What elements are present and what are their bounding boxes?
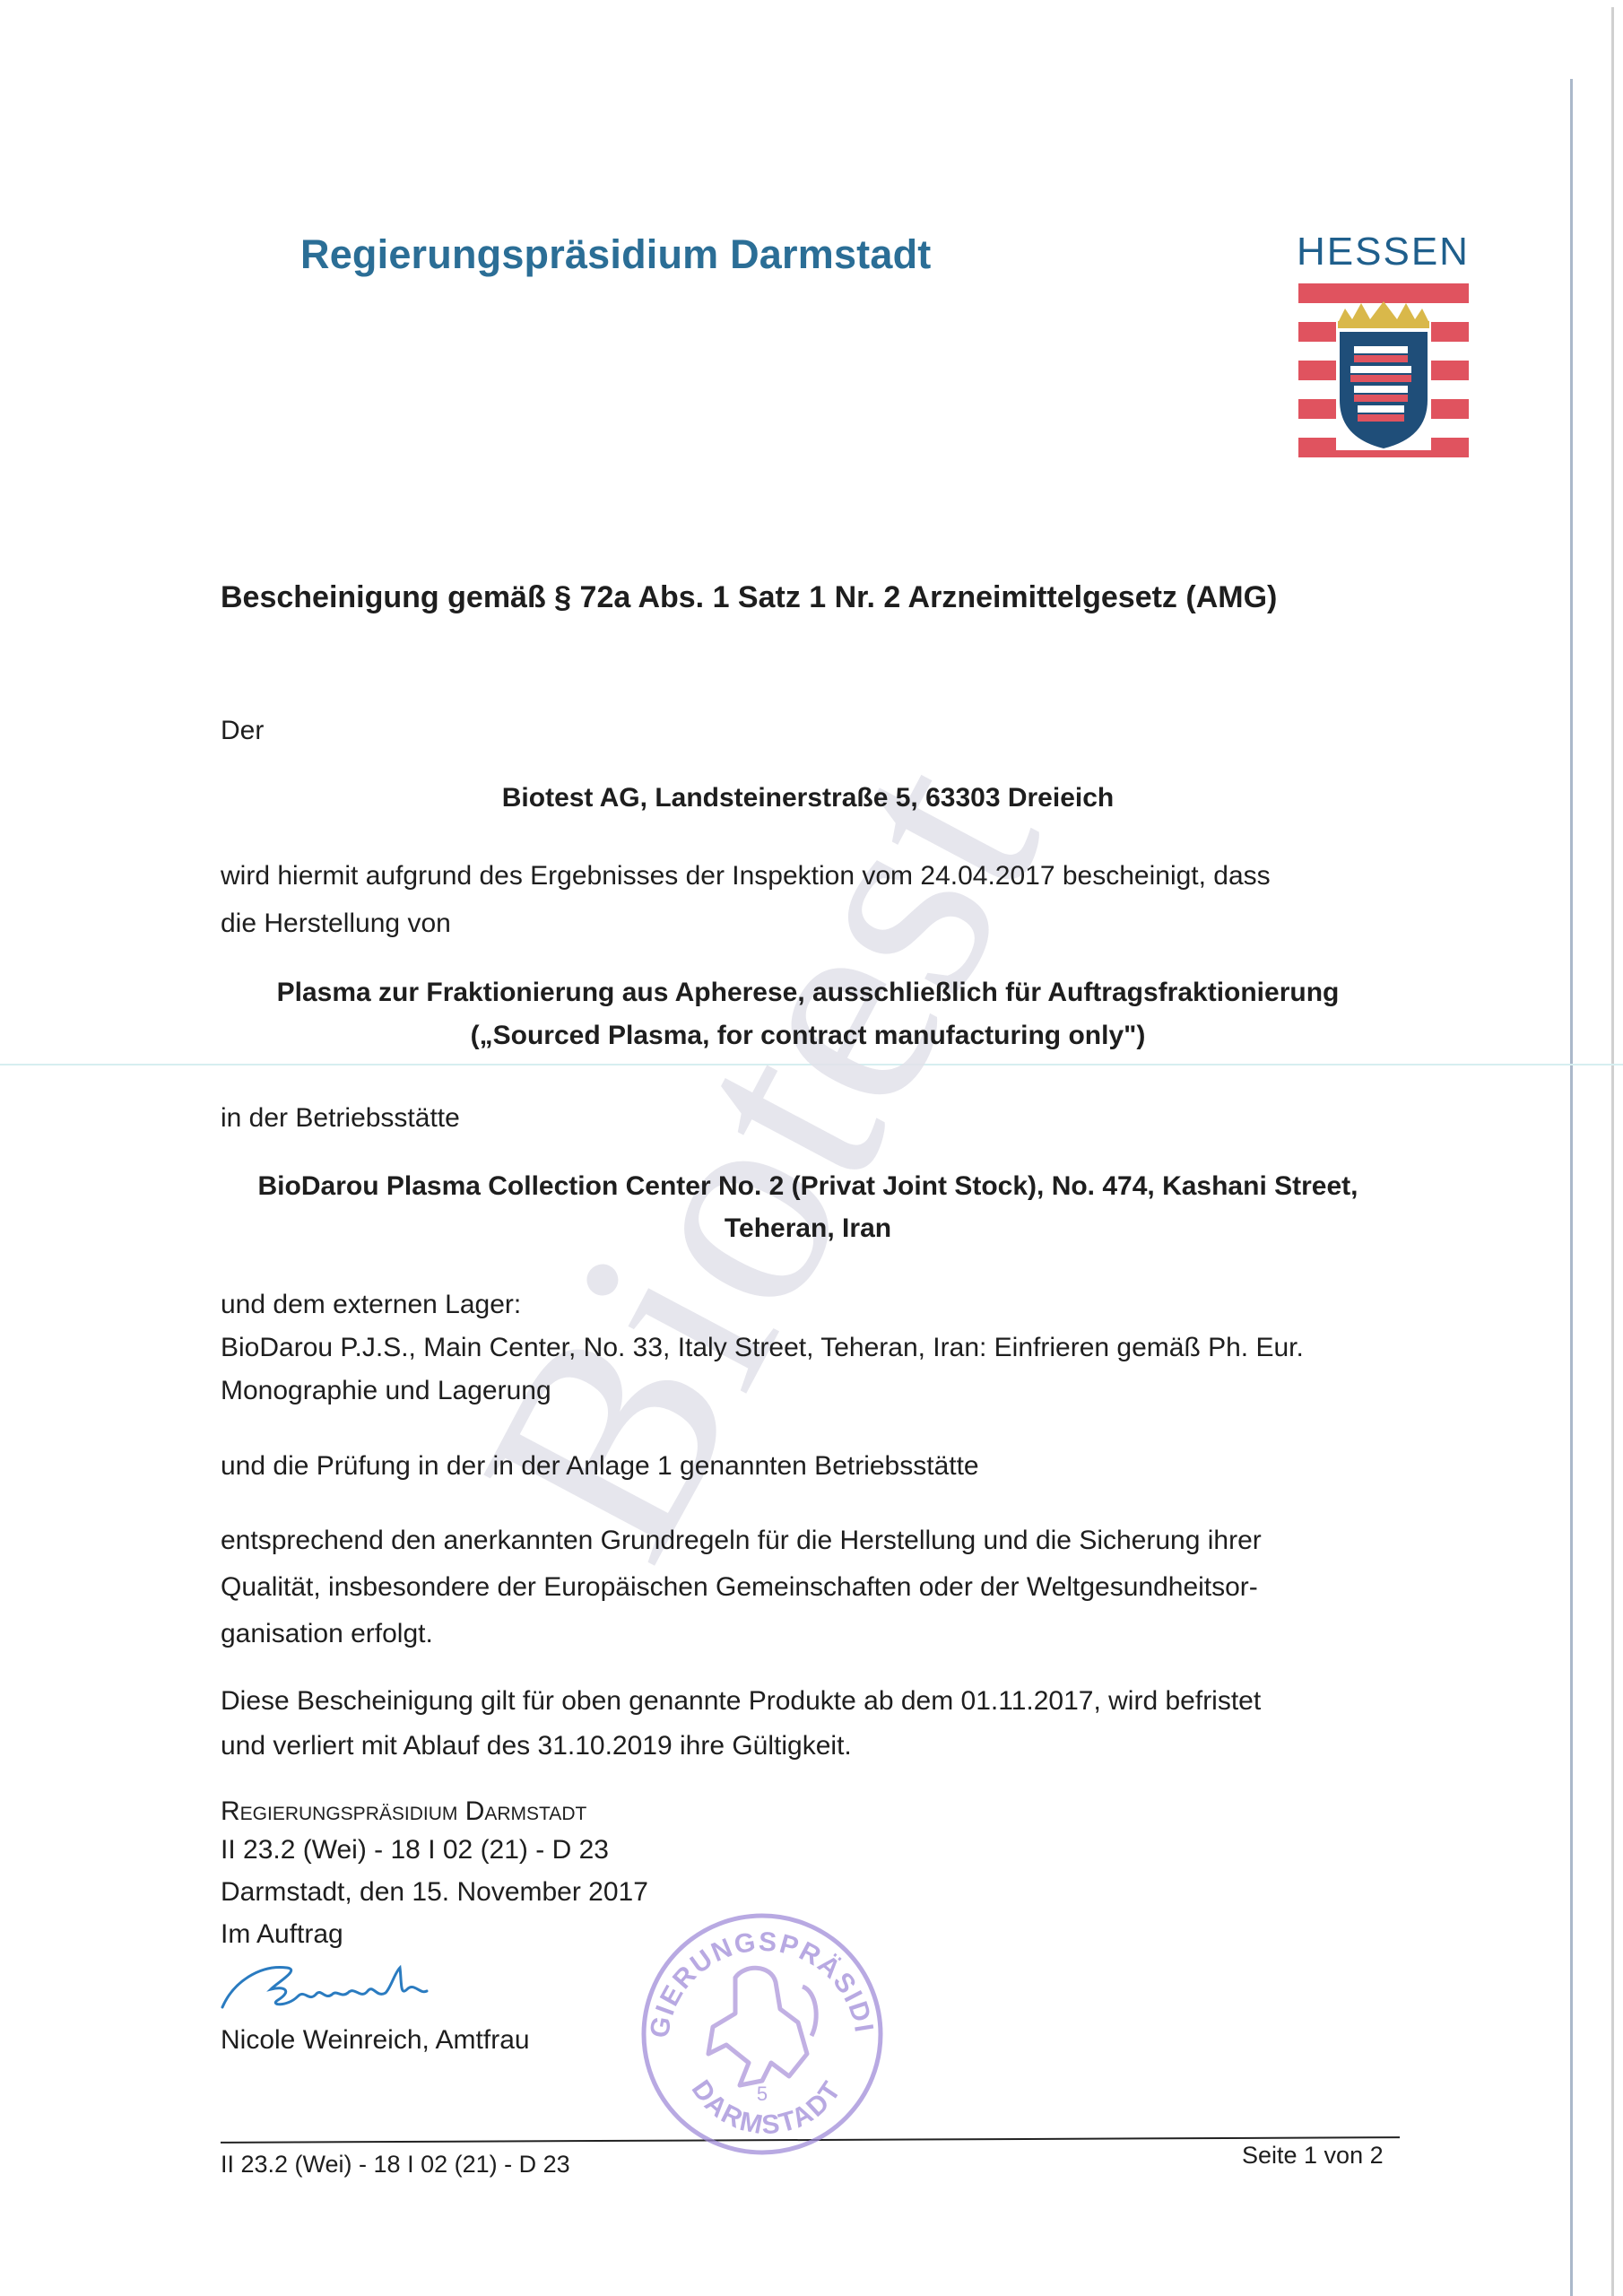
compliance-line-2: Qualität, insbesondere der Europäischen … [221, 1565, 1395, 1610]
svg-text:REGIERUNGSPRÄSIDIUM: REGIERUNGSPRÄSIDIUM [628, 1901, 879, 2040]
reference-number: II 23.2 (Wei) - 18 I 02 (21) - D 23 [221, 1828, 609, 1873]
certifies-line-1: wird hiermit aufgrund des Ergebnisses de… [221, 854, 1271, 899]
certifies-line-2: die Herstellung von [221, 901, 451, 946]
site-intro: in der Betriebsstätte [221, 1096, 460, 1141]
handwritten-signature-icon [215, 1955, 457, 2018]
certificate-heading: Bescheinigung gemäß § 72a Abs. 1 Satz 1 … [221, 580, 1277, 615]
on-behalf-text: Im Auftrag [221, 1912, 343, 1957]
validity-line-1: Diese Bescheinigung gilt für oben genann… [221, 1679, 1395, 1724]
storage-intro: und dem externen Lager: [221, 1283, 521, 1327]
hessen-coat-of-arms-icon [1298, 283, 1469, 459]
svg-text:5: 5 [757, 2083, 768, 2105]
product-line-2: („Sourced Plasma, for contract manufactu… [221, 1013, 1395, 1058]
site-line-1: BioDarou Plasma Collection Center No. 2 … [221, 1164, 1395, 1209]
product-line-1: Plasma zur Fraktionierung aus Apherese, … [221, 970, 1395, 1015]
page-number: Seite 1 von 2 [1242, 2142, 1384, 2170]
signatory-name: Nicole Weinreich, Amtfrau [221, 2018, 530, 2063]
storage-line-1: BioDarou P.J.S., Main Center, No. 33, It… [221, 1326, 1304, 1370]
scan-edge-line [1611, 7, 1614, 2296]
validity-line-2: und verliert mit Ablauf des 31.10.2019 i… [221, 1724, 852, 1769]
authority-title: Regierungspräsidium Darmstadt [300, 231, 931, 278]
footer-reference: II 23.2 (Wei) - 18 I 02 (21) - D 23 [221, 2151, 570, 2179]
intro-text: Der [221, 709, 264, 753]
site-line-2: Teheran, Iran [221, 1206, 1395, 1251]
testing-text: und die Prüfung in der in der Anlage 1 g… [221, 1444, 979, 1489]
compliance-line-1: entsprechend den anerkannten Grundregeln… [221, 1518, 1395, 1563]
hessen-label: HESSEN [1297, 230, 1470, 274]
compliance-line-3: ganisation erfolgt. [221, 1612, 433, 1657]
storage-line-2: Monographie und Lagerung [221, 1369, 551, 1413]
place-date: Darmstadt, den 15. November 2017 [221, 1870, 648, 1915]
scan-edge-line [1570, 79, 1573, 2296]
official-stamp-icon: REGIERUNGSPRÄSIDIUM DARMSTADT 5 [628, 1901, 897, 2161]
company-address: Biotest AG, Landsteinerstraße 5, 63303 D… [221, 776, 1395, 821]
